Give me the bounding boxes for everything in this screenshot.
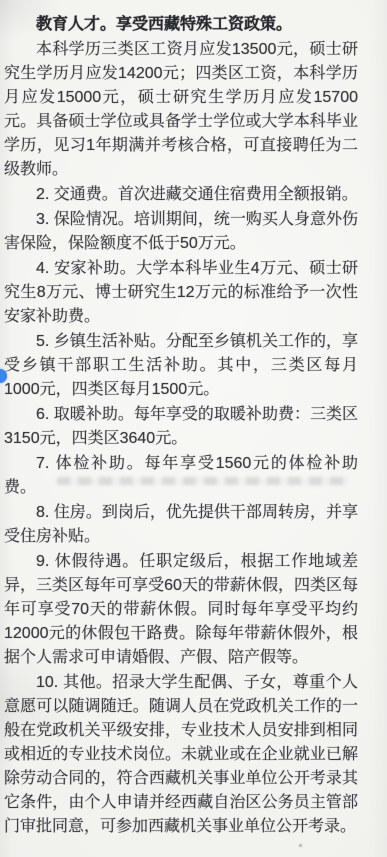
document-paragraph: 10. 其他。招录大学生配偶、子女，尊重个人意愿可以随调随迁。随调人员在党政机关… <box>4 671 358 839</box>
document-paragraph: 3. 保险情况。培训期间，统一购买人身意外伤害保险，保险额度不低于50万元。 <box>4 208 358 256</box>
document-paragraph: 6. 取暖补助。每年享受的取暖补助费：三类区3150元，四类区3640元。 <box>4 403 358 451</box>
document-paragraph: 9. 休假待遇。任职定级后，根据工作地域差异，三类区每年可享受60天的带薪休假，… <box>4 550 358 670</box>
document-paragraph: 7. 体检补助。每年享受1560元的体检补助费。 <box>4 452 358 500</box>
document-paragraph: 4. 安家补助。大学本科毕业生4万元、硕士研究生8万元、博士研究生12万元的标准… <box>4 257 358 329</box>
document-paragraph: 8. 住房。到岗后，优先提供干部周转房，并享受住房补贴。 <box>4 501 358 549</box>
photo-noise-speckle <box>299 844 302 847</box>
document-page: 教育人才。享受西藏特殊工资政策。 本科学历三类区工资月应发13500元，硕士研究… <box>0 0 387 857</box>
document-paragraph: 本科学历三类区工资月应发13500元，硕士研究生学历月应发14200元；四类区工… <box>4 38 358 182</box>
document-body: 教育人才。享受西藏特殊工资政策。 本科学历三类区工资月应发13500元，硕士研究… <box>4 13 358 840</box>
bleed-through-artifact <box>57 477 349 485</box>
document-paragraphs: 本科学历三类区工资月应发13500元，硕士研究生学历月应发14200元；四类区工… <box>4 38 358 839</box>
document-heading: 教育人才。享受西藏特殊工资政策。 <box>4 13 358 37</box>
document-paragraph: 5. 乡镇生活补贴。分配至乡镇机关工作的，享受乡镇干部职工生活补助。其中，三类区… <box>4 330 358 402</box>
document-paragraph: 2. 交通费。首次进藏交通住宿费用全额报销。 <box>4 183 358 207</box>
